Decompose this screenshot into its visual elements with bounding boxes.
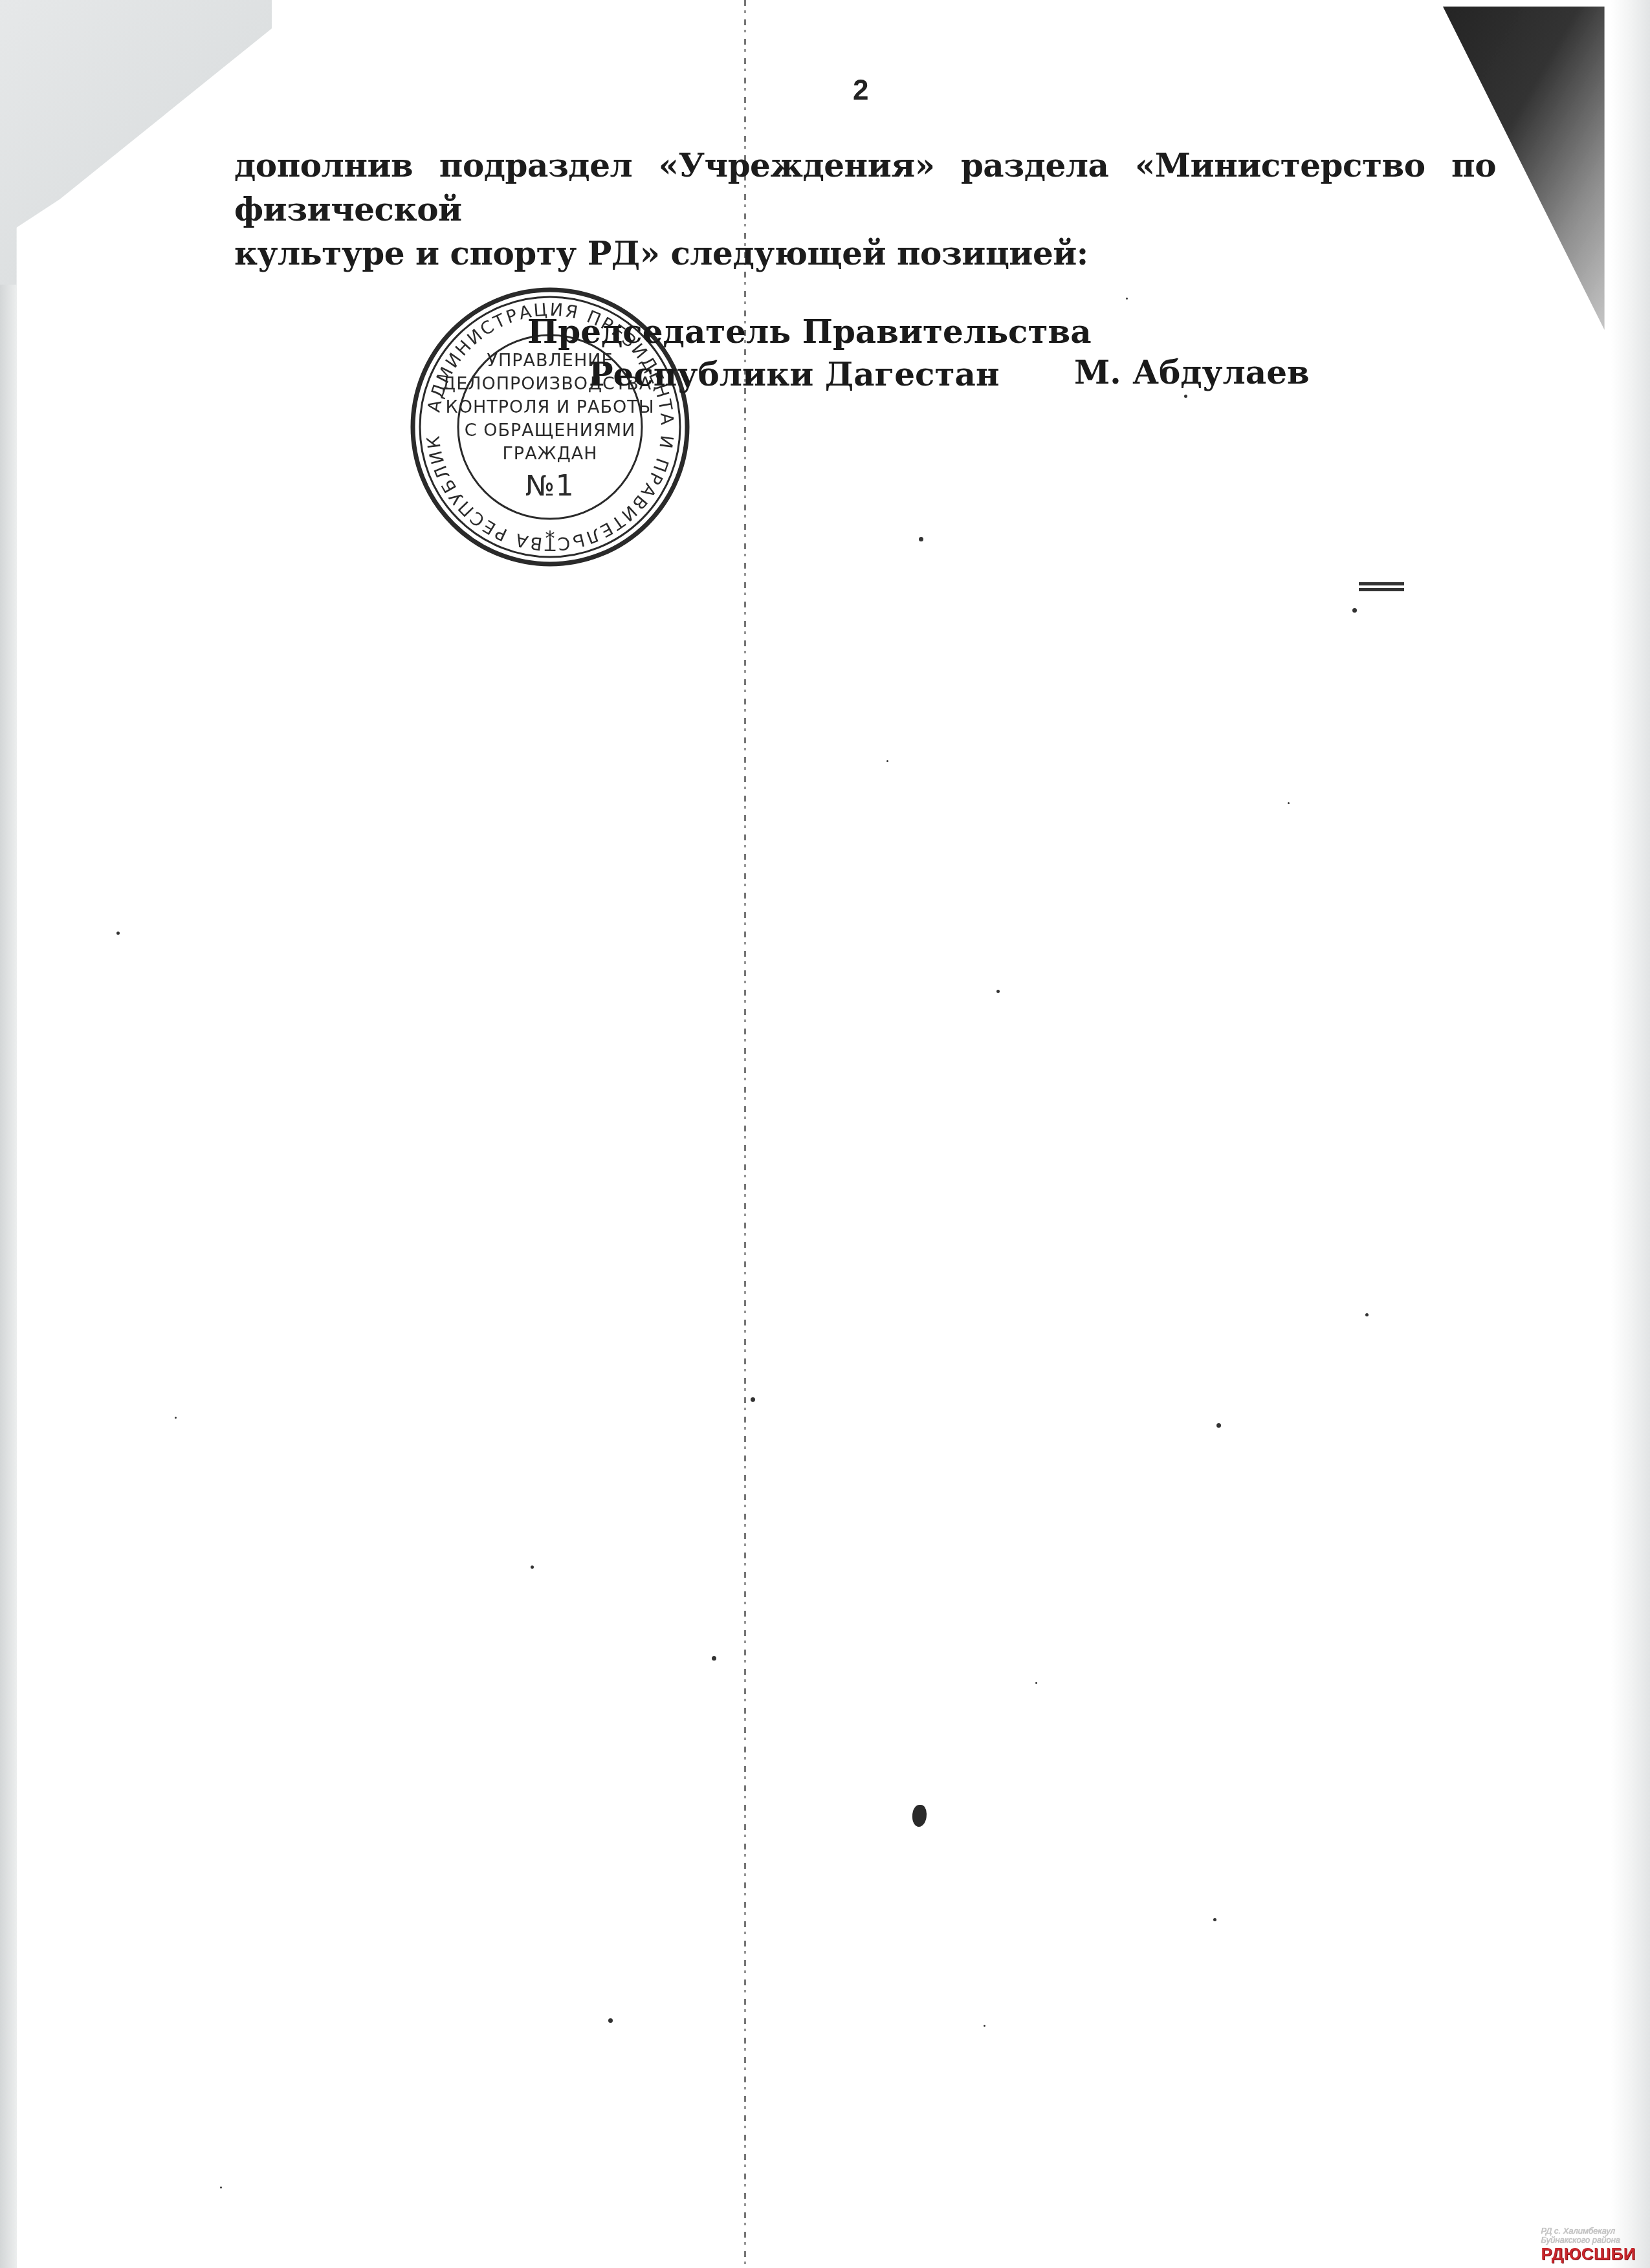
scan-speck bbox=[1352, 608, 1357, 613]
scan-speck bbox=[1365, 1313, 1369, 1316]
ink-blot bbox=[912, 1805, 927, 1827]
signer-name: М. Абдулаев bbox=[1074, 353, 1310, 391]
scan-speck bbox=[220, 2186, 222, 2188]
signer-position-line-1: Председатель Правительства bbox=[527, 311, 1092, 353]
scan-speck bbox=[1288, 802, 1290, 804]
scan-speck bbox=[1035, 1682, 1037, 1684]
scan-speck bbox=[1126, 298, 1128, 300]
stamp-line-4: С ОБРАЩЕНИЯМИ bbox=[465, 419, 635, 442]
scan-speck bbox=[751, 1397, 755, 1402]
scan-speck bbox=[886, 760, 888, 762]
scan-speck bbox=[1213, 1918, 1216, 1921]
watermark-line-2: Буйнакского района bbox=[1541, 2236, 1636, 2245]
scan-speck bbox=[919, 537, 923, 541]
watermark-brand: РДЮСШБИ bbox=[1541, 2245, 1636, 2263]
scan-background-right bbox=[1611, 0, 1650, 2268]
site-watermark: РД с. Халимбекаул Буйнакского района РДЮ… bbox=[1541, 2227, 1636, 2263]
page-number: 2 bbox=[853, 74, 868, 107]
scan-speck bbox=[608, 2018, 613, 2023]
stamp-line-5: ГРАЖДАН bbox=[502, 442, 597, 466]
signature-position: Председатель Правительства Республики Да… bbox=[527, 311, 1092, 396]
scan-speck bbox=[175, 1417, 177, 1419]
scan-artifact-mark bbox=[1359, 582, 1404, 585]
watermark-line-1: РД с. Халимбекаул bbox=[1541, 2227, 1636, 2236]
stamp-line-3: КОНТРОЛЯ И РАБОТЫ bbox=[445, 396, 654, 419]
scan-speck bbox=[1184, 395, 1187, 398]
scan-speck bbox=[712, 1656, 716, 1661]
stamp-number: №1 bbox=[525, 468, 575, 505]
scan-background-left bbox=[0, 0, 17, 2268]
document-body: дополнив подраздел «Учреждения» раздела … bbox=[234, 144, 1496, 276]
signer-position-line-2: Республики Дагестан bbox=[527, 353, 1092, 396]
scan-speck bbox=[116, 932, 120, 935]
body-line-2: культуре и спорту РД» следующей позицией… bbox=[234, 232, 1496, 276]
scan-speck bbox=[1216, 1423, 1221, 1428]
scan-speck bbox=[996, 990, 1000, 993]
scan-speck bbox=[984, 2025, 985, 2027]
body-line-1: дополнив подраздел «Учреждения» раздела … bbox=[234, 144, 1496, 232]
scan-background-corner bbox=[0, 0, 272, 285]
scan-speck bbox=[531, 1565, 534, 1569]
